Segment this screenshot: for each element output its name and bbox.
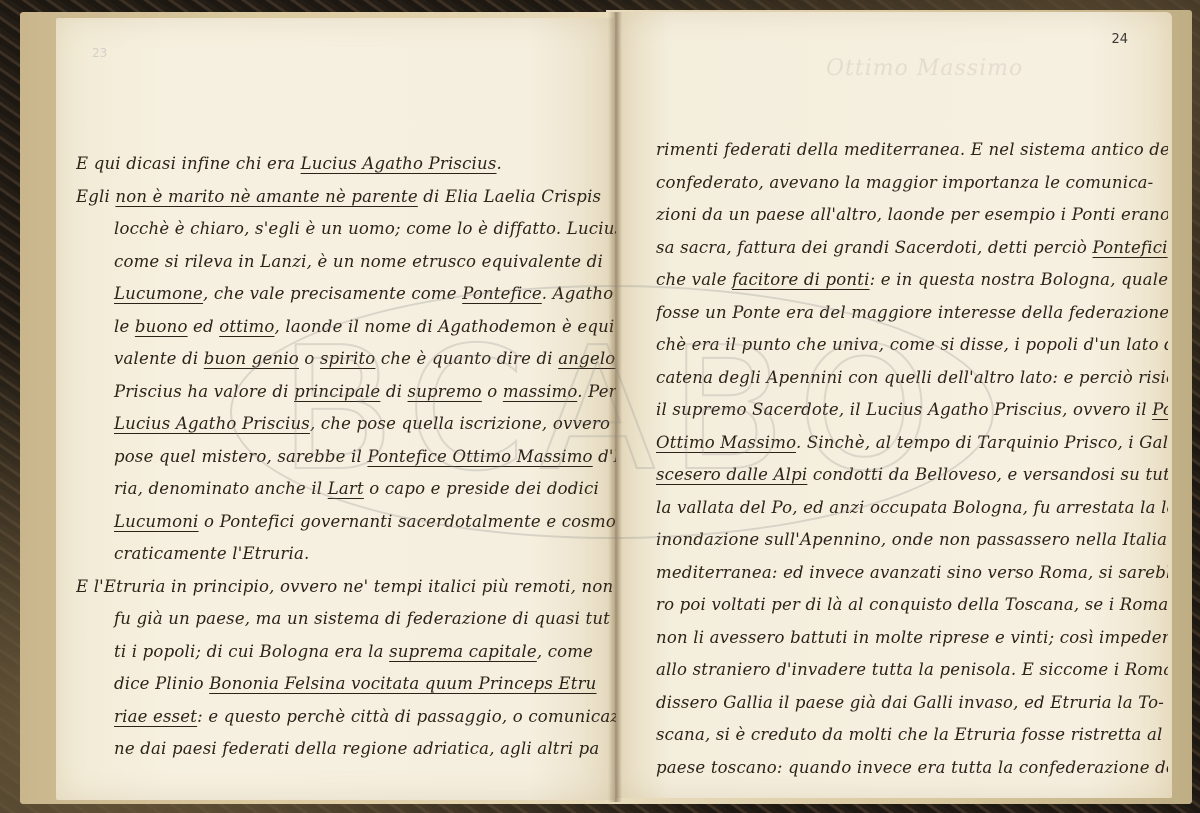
- page-number: 24: [1111, 32, 1128, 47]
- manuscript-line: Priscius ha valore di principale di supr…: [76, 376, 616, 409]
- underlined-phrase: supremo: [408, 382, 482, 401]
- text-segment: non li avessero battuti in molte riprese…: [656, 628, 1168, 647]
- underlined-phrase: spirito: [320, 349, 375, 368]
- text-segment: : e in questa nostra Bologna, quale: [870, 270, 1168, 289]
- underlined-phrase: Ottimo Massimo: [656, 433, 796, 452]
- text-segment: catena degli Apennini con quelli dell'al…: [656, 368, 1168, 387]
- text-segment: inondazione sull'Apennino, onde non pass…: [656, 530, 1167, 549]
- text-segment: che vale: [656, 270, 732, 289]
- underlined-phrase: scesero dalle Alpi: [656, 465, 807, 484]
- underlined-phrase: angelo: [558, 349, 615, 368]
- text-segment: ria, denominato anche il: [114, 479, 328, 498]
- manuscript-line: rimenti federati della mediterranea. E n…: [656, 134, 1168, 167]
- manuscript-line: ne dai paesi federati della regione adri…: [76, 733, 616, 766]
- open-book: 23 E qui dicasi infine chi era Lucius Ag…: [14, 8, 1192, 806]
- underlined-phrase: Bononia Felsina vocitata quum Princeps E…: [209, 674, 596, 693]
- underlined-phrase: massimo: [503, 382, 577, 401]
- text-segment: , che vale precisamente come: [203, 284, 462, 303]
- manuscript-line: dissero Gallia il paese già dai Galli in…: [656, 687, 1168, 720]
- text-segment: E qui dicasi infine chi era: [76, 154, 301, 173]
- underlined-phrase: Lucius Agatho Priscius: [301, 154, 497, 173]
- manuscript-line: valente di buon genio o spirito che è qu…: [76, 343, 616, 376]
- text-segment: craticamente l'Etruria.: [114, 544, 309, 563]
- manuscript-line: mediterranea: ed invece avanzati sino ve…: [656, 557, 1168, 590]
- text-segment: di Elia Laelia Crispis: [418, 187, 601, 206]
- text-segment: confederato, avevano la maggior importan…: [656, 173, 1153, 192]
- left-page: 23 E qui dicasi infine chi era Lucius Ag…: [56, 18, 614, 800]
- underlined-phrase: ottimo: [219, 317, 274, 336]
- manuscript-line: il supremo Sacerdote, il Lucius Agatho P…: [656, 394, 1168, 427]
- text-segment: mediterranea: ed invece avanzati sino ve…: [656, 563, 1168, 582]
- underlined-phrase: Pontefici: [1093, 238, 1168, 257]
- text-segment: .: [497, 154, 502, 173]
- text-segment: sa sacra, fattura dei grandi Sacerdoti, …: [656, 238, 1093, 257]
- manuscript-line: Egli non è marito nè amante nè parente d…: [76, 181, 616, 214]
- text-segment: ti i popoli; di cui Bologna era la: [114, 642, 389, 661]
- manuscript-line: pose quel mistero, sarebbe il Pontefice …: [76, 441, 616, 474]
- manuscript-line: dice Plinio Bononia Felsina vocitata quu…: [76, 668, 616, 701]
- text-segment: o capo e preside dei dodici: [364, 479, 599, 498]
- book-gutter: [608, 12, 622, 802]
- underlined-phrase: Lucumone: [114, 284, 203, 303]
- text-segment: ne dai paesi federati della regione adri…: [114, 739, 599, 758]
- manuscript-line: ro poi voltati per di là al conquisto de…: [656, 589, 1168, 622]
- underlined-phrase: buon genio: [204, 349, 299, 368]
- text-segment: : e questo perchè città di passaggio, o …: [197, 707, 616, 726]
- underlined-phrase: principale: [294, 382, 380, 401]
- underlined-phrase: riae esset: [114, 707, 197, 726]
- manuscript-line: scesero dalle Alpi condotti da Belloveso…: [656, 459, 1168, 492]
- text-segment: o: [299, 349, 320, 368]
- right-page-text: rimenti federati della mediterranea. E n…: [656, 134, 1168, 784]
- text-segment: o Pontefici governanti sacerdotalmente e…: [199, 512, 616, 531]
- manuscript-line: allo straniero d'invadere tutta la penis…: [656, 654, 1168, 687]
- text-segment: la vallata del Po, ed anzi occupata Bolo…: [656, 498, 1168, 517]
- manuscript-line: la vallata del Po, ed anzi occupata Bolo…: [656, 492, 1168, 525]
- manuscript-line: E l'Etruria in principio, ovvero ne' tem…: [76, 571, 616, 604]
- manuscript-line: come si rileva in Lanzi, è un nome etrus…: [76, 246, 616, 279]
- text-segment: il supremo Sacerdote, il Lucius Agatho P…: [656, 400, 1152, 419]
- text-segment: di: [380, 382, 407, 401]
- text-segment: che è quanto dire di: [375, 349, 558, 368]
- manuscript-line: Lucumone, che vale precisamente come Pon…: [76, 278, 616, 311]
- manuscript-line: ti i popoli; di cui Bologna era la supre…: [76, 636, 616, 669]
- manuscript-line: confederato, avevano la maggior importan…: [656, 167, 1168, 200]
- text-segment: pose quel mistero, sarebbe il: [114, 447, 367, 466]
- text-segment: fosse un Ponte era del maggiore interess…: [656, 303, 1168, 322]
- text-segment: , laonde il nome di Agathodemon è equi: [274, 317, 614, 336]
- manuscript-line: scana, si è creduto da molti che la Etru…: [656, 719, 1168, 752]
- text-segment: le: [114, 317, 135, 336]
- manuscript-line: catena degli Apennini con quelli dell'al…: [656, 362, 1168, 395]
- underlined-phrase: facitore di ponti: [732, 270, 869, 289]
- manuscript-line: E qui dicasi infine chi era Lucius Agath…: [76, 148, 616, 181]
- manuscript-line: Lucius Agatho Priscius, che pose quella …: [76, 408, 616, 441]
- underlined-phrase: Pontefice: [462, 284, 542, 303]
- text-segment: Priscius ha valore di: [114, 382, 294, 401]
- text-segment: zioni da un paese all'altro, laonde per …: [656, 205, 1168, 224]
- underlined-phrase: suprema capitale: [389, 642, 537, 661]
- text-segment: ro poi voltati per di là al conquisto de…: [656, 595, 1168, 614]
- right-page: 24 Ottimo Massimo rimenti federati della…: [616, 12, 1172, 798]
- text-segment: allo straniero d'invadere tutta la penis…: [656, 660, 1168, 679]
- text-segment: , che pose quella iscrizione, ovvero pro: [310, 414, 616, 433]
- manuscript-line: le buono ed ottimo, laonde il nome di Ag…: [76, 311, 616, 344]
- underlined-phrase: Lart: [328, 479, 364, 498]
- text-segment: scana, si è creduto da molti che la Etru…: [656, 725, 1168, 744]
- underlined-phrase: non è marito nè amante nè parente: [115, 187, 417, 206]
- manuscript-line: riae esset: e questo perchè città di pas…: [76, 701, 616, 734]
- bleed-through-title: Ottimo Massimo: [826, 56, 1023, 81]
- text-segment: ed: [188, 317, 220, 336]
- text-segment: locchè è chiaro, s'egli è un uomo; come …: [114, 219, 616, 238]
- text-segment: rimenti federati della mediterranea. E n…: [656, 140, 1168, 159]
- underlined-phrase: Lucius Agatho Priscius: [114, 414, 310, 433]
- text-segment: condotti da Belloveso, e versandosi su t…: [807, 465, 1168, 484]
- underlined-phrase: Pontefice Ottimo Massimo: [367, 447, 592, 466]
- text-segment: come si rileva in Lanzi, è un nome etrus…: [114, 252, 603, 271]
- manuscript-line: zioni da un paese all'altro, laonde per …: [656, 199, 1168, 232]
- manuscript-line: craticamente l'Etruria.: [76, 538, 616, 571]
- text-segment: E l'Etruria in principio, ovvero ne' tem…: [76, 577, 613, 596]
- manuscript-line: Lucumoni o Pontefici governanti sacerdot…: [76, 506, 616, 539]
- faint-page-number: 23: [92, 46, 107, 60]
- text-segment: . Sinchè, al tempo di Tarquinio Prisco, …: [796, 433, 1168, 452]
- manuscript-line: locchè è chiaro, s'egli è un uomo; come …: [76, 213, 616, 246]
- text-segment: Egli: [76, 187, 115, 206]
- text-segment: dissero Gallia il paese già dai Galli in…: [656, 693, 1164, 712]
- underlined-phrase: buono: [135, 317, 188, 336]
- manuscript-line: chè era il punto che univa, come si diss…: [656, 329, 1168, 362]
- text-segment: , come: [537, 642, 593, 661]
- manuscript-line: Ottimo Massimo. Sinchè, al tempo di Tarq…: [656, 427, 1168, 460]
- manuscript-line: inondazione sull'Apennino, onde non pass…: [656, 524, 1168, 557]
- text-segment: . Agatho va: [542, 284, 616, 303]
- left-page-text: E qui dicasi infine chi era Lucius Agath…: [76, 148, 616, 766]
- manuscript-line: che vale facitore di ponti: e in questa …: [656, 264, 1168, 297]
- text-segment: valente di: [114, 349, 204, 368]
- text-segment: o: [482, 382, 503, 401]
- manuscript-line: ria, denominato anche il Lart o capo e p…: [76, 473, 616, 506]
- manuscript-line: sa sacra, fattura dei grandi Sacerdoti, …: [656, 232, 1168, 265]
- text-segment: chè era il punto che univa, come si diss…: [656, 335, 1168, 354]
- manuscript-line: fu già un paese, ma un sistema di federa…: [76, 603, 616, 636]
- text-segment: fu già un paese, ma un sistema di federa…: [114, 609, 610, 628]
- manuscript-line: fosse un Ponte era del maggiore interess…: [656, 297, 1168, 330]
- underlined-phrase: Pontefice: [1152, 400, 1168, 419]
- manuscript-line: paese toscano: quando invece era tutta l…: [656, 752, 1168, 785]
- text-segment: dice Plinio: [114, 674, 209, 693]
- manuscript-line: non li avessero battuti in molte riprese…: [656, 622, 1168, 655]
- underlined-phrase: Lucumoni: [114, 512, 199, 531]
- text-segment: paese toscano: quando invece era tutta l…: [656, 758, 1168, 777]
